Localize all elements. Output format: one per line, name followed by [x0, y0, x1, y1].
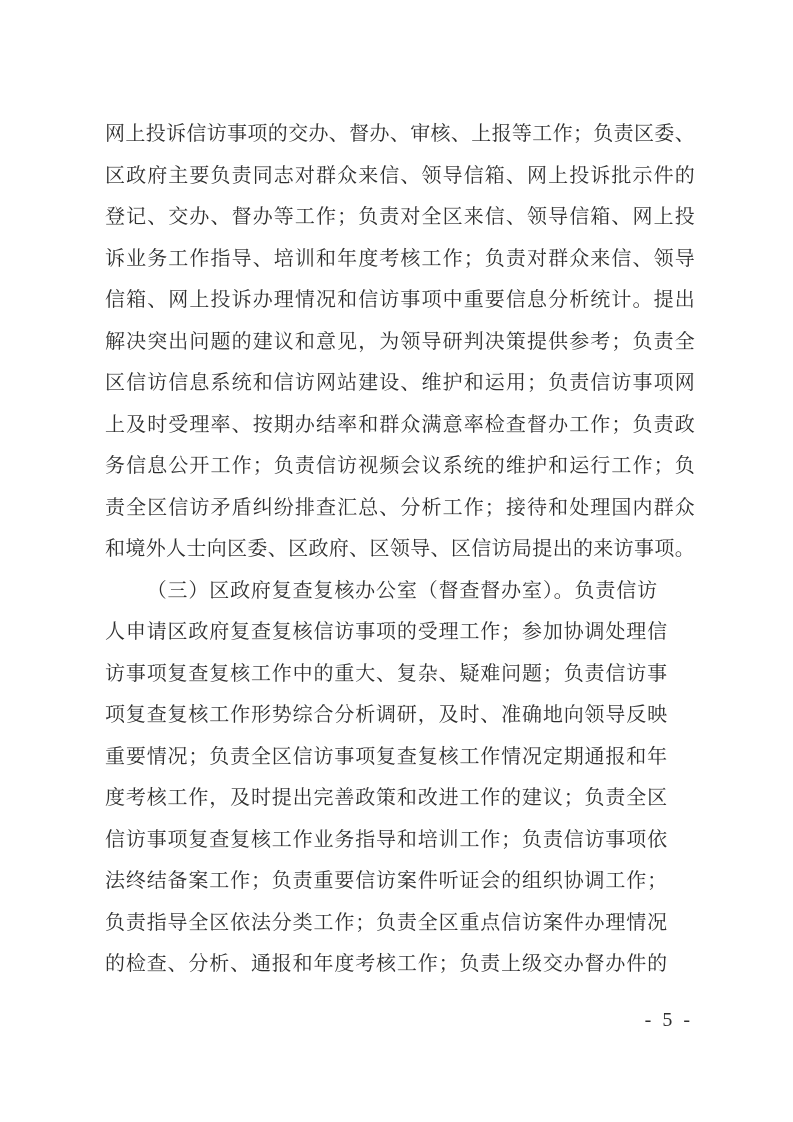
- text-line: 区政府主要负责同志对群众来信、领导信箱、网上投诉批示件的: [105, 156, 695, 198]
- text-line: 责全区信访矛盾纠纷排查汇总、分析工作；接待和处理国内群众: [105, 488, 695, 530]
- text-line: 上及时受理率、按期办结率和群众满意率检查督办工作；负责政: [105, 405, 695, 447]
- text-line: 解决突出问题的建议和意见，为领导研判决策提供参考；负责全: [105, 322, 695, 364]
- text-line: 的检查、分析、通报和年度考核工作；负责上级交办督办件的: [105, 944, 695, 986]
- text-line: 务信息公开工作；负责信访视频会议系统的维护和运行工作；负: [105, 446, 695, 488]
- document-page: 网上投诉信访事项的交办、督办、审核、上报等工作；负责区委、 区政府主要负责同志对…: [0, 0, 793, 1122]
- text-line: （三）区政府复查复核办公室（督查督办室）。负责信访: [105, 571, 695, 613]
- text-line: 信访事项复查复核工作业务指导和培训工作；负责信访事项依: [105, 820, 695, 862]
- text-line: 访事项复查复核工作中的重大、复杂、疑难问题；负责信访事: [105, 654, 695, 696]
- text-line: 重要情况；负责全区信访事项复查复核工作情况定期通报和年: [105, 737, 695, 779]
- text-line: 度考核工作，及时提出完善政策和改进工作的建议；负责全区: [105, 778, 695, 820]
- text-line: 项复查复核工作形势综合分析调研，及时、准确地向领导反映: [105, 695, 695, 737]
- text-line: 负责指导全区依法分类工作；负责全区重点信访案件办理情况: [105, 903, 695, 945]
- page-number: - 5 -: [645, 1006, 693, 1034]
- text-line: 信箱、网上投诉办理情况和信访事项中重要信息分析统计。提出: [105, 280, 695, 322]
- text-line: 法终结备案工作；负责重要信访案件听证会的组织协调工作；: [105, 861, 695, 903]
- text-line: 区信访信息系统和信访网站建设、维护和运用；负责信访事项网: [105, 363, 695, 405]
- text-line: 网上投诉信访事项的交办、督办、审核、上报等工作；负责区委、: [105, 114, 695, 156]
- text-line: 和境外人士向区委、区政府、区领导、区信访局提出的来访事项。: [105, 529, 695, 571]
- text-line: 人申请区政府复查复核信访事项的受理工作；参加协调处理信: [105, 612, 695, 654]
- document-body: 网上投诉信访事项的交办、督办、审核、上报等工作；负责区委、 区政府主要负责同志对…: [105, 114, 695, 986]
- text-line: 登记、交办、督办等工作；负责对全区来信、领导信箱、网上投: [105, 197, 695, 239]
- text-line: 诉业务工作指导、培训和年度考核工作；负责对群众来信、领导: [105, 239, 695, 281]
